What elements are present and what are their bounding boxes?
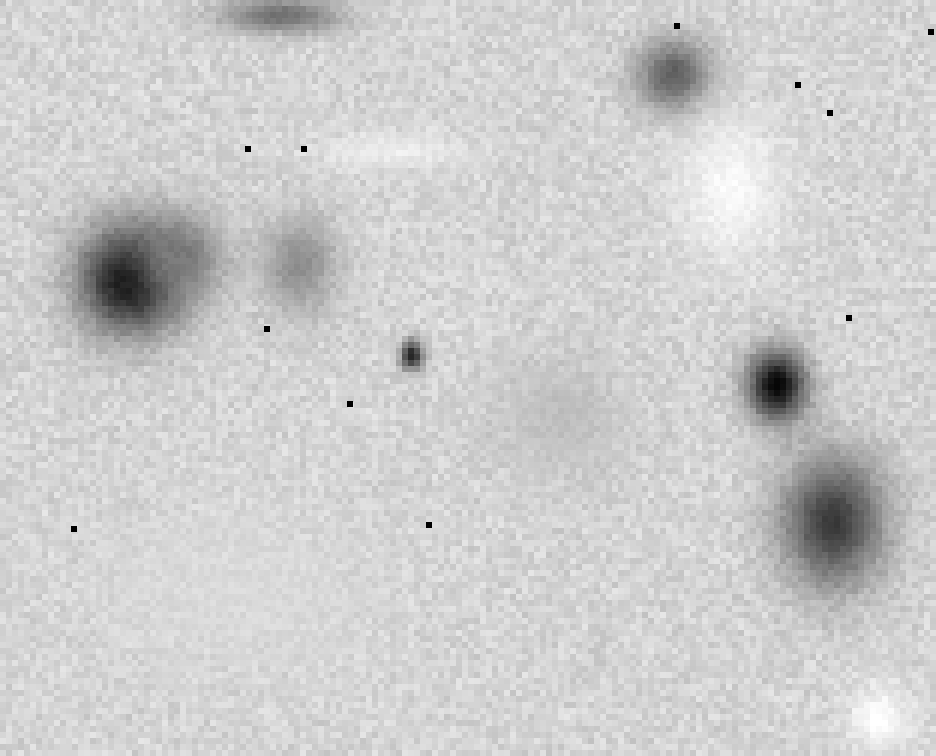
grayscale-image (0, 0, 936, 756)
image-canvas-container (0, 0, 936, 756)
